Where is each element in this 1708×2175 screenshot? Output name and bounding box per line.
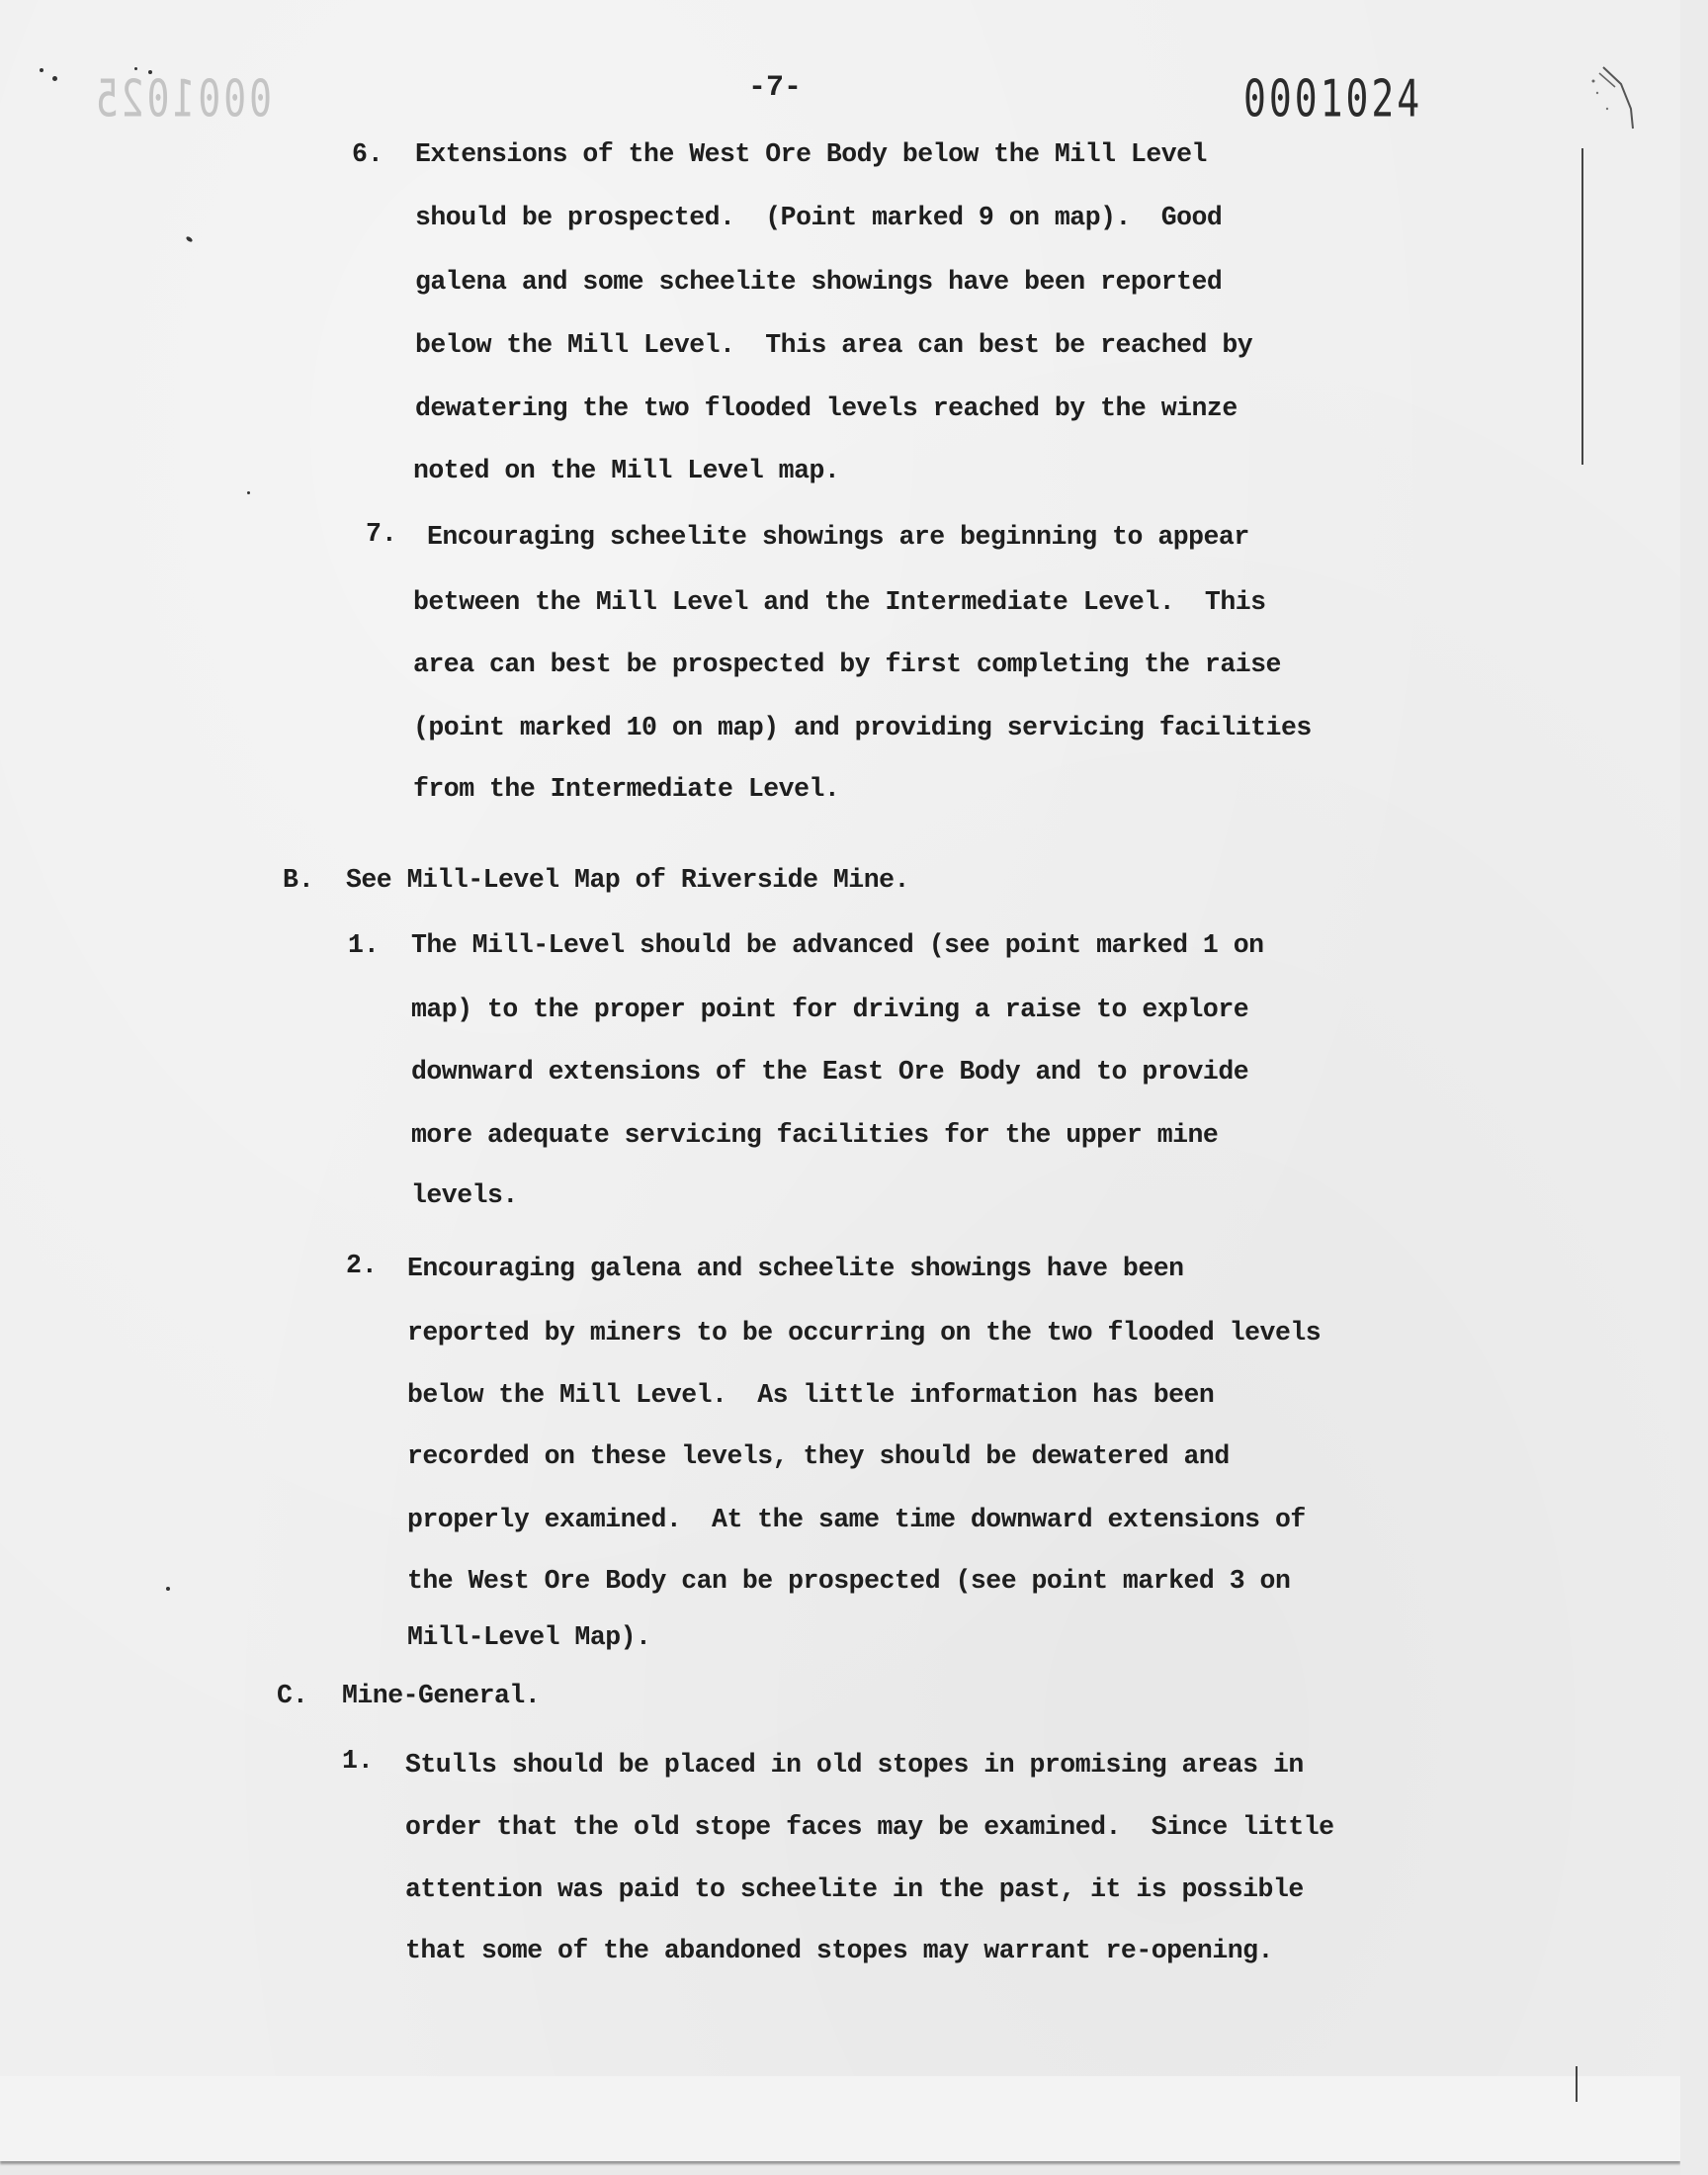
scan-background-edge xyxy=(1680,0,1708,2175)
item-number: 2. xyxy=(346,1253,378,1279)
text-line: reported by miners to be occurring on th… xyxy=(407,1320,1321,1347)
text-line: Encouraging scheelite showings are begin… xyxy=(427,524,1249,551)
text-line: should be prospected. (Point marked 9 on… xyxy=(415,205,1222,231)
text-line: dewatering the two flooded levels reache… xyxy=(415,395,1238,422)
section-heading: Mine-General. xyxy=(342,1683,540,1709)
text-line: map) to the proper point for driving a r… xyxy=(411,997,1248,1023)
text-line: galena and some scheelite showings have … xyxy=(415,269,1222,296)
scan-edge-line xyxy=(1576,2066,1578,2102)
item-number: 6. xyxy=(352,141,384,168)
text-line: area can best be prospected by first com… xyxy=(413,652,1281,678)
text-line: below the Mill Level. This area can best… xyxy=(415,332,1252,359)
text-line: order that the old stope faces may be ex… xyxy=(405,1814,1334,1841)
item-number: 7. xyxy=(366,521,397,548)
text-line: between the Mill Level and the Intermedi… xyxy=(413,589,1266,616)
text-line: that some of the abandoned stopes may wa… xyxy=(405,1938,1273,1964)
text-line: Mill-Level Map). xyxy=(407,1624,650,1651)
bleed-through-number: 0001025 xyxy=(64,69,272,128)
section-marker: B. xyxy=(283,867,314,894)
text-line: The Mill-Level should be advanced (see p… xyxy=(411,932,1264,959)
text-line: below the Mill Level. As little informat… xyxy=(407,1382,1214,1409)
text-line: recorded on these levels, they should be… xyxy=(407,1443,1230,1470)
page-number: -7- xyxy=(748,71,802,105)
text-line: attention was paid to scheelite in the p… xyxy=(405,1876,1304,1903)
page-header: 0001025 -7- 0001024 xyxy=(0,69,1680,129)
page-bottom-margin xyxy=(0,2076,1680,2161)
item-number: 1. xyxy=(342,1748,374,1775)
scan-speck xyxy=(185,235,193,242)
text-line: from the Intermediate Level. xyxy=(413,776,839,803)
text-line: properly examined. At the same time down… xyxy=(407,1507,1306,1533)
section-marker: C. xyxy=(277,1683,308,1709)
text-line: (point marked 10 on map) and providing s… xyxy=(413,715,1312,741)
text-line: noted on the Mill Level map. xyxy=(413,458,839,484)
text-line: more adequate servicing facilities for t… xyxy=(411,1122,1218,1149)
section-heading: See Mill-Level Map of Riverside Mine. xyxy=(346,867,909,894)
scan-speck xyxy=(247,491,250,494)
document-number: 0001024 xyxy=(1243,69,1422,128)
text-line: downward extensions of the East Ore Body… xyxy=(411,1059,1248,1086)
text-line: the West Ore Body can be prospected (see… xyxy=(407,1568,1290,1595)
scan-speck xyxy=(166,1587,170,1591)
text-line: levels. xyxy=(411,1182,518,1209)
text-line: Encouraging galena and scheelite showing… xyxy=(407,1256,1184,1282)
text-line: Stulls should be placed in old stopes in… xyxy=(405,1752,1304,1779)
text-line: Extensions of the West Ore Body below th… xyxy=(415,141,1207,168)
item-number: 1. xyxy=(348,932,380,959)
scanned-page: 0001025 -7- 0001024 6. Extensions of the… xyxy=(0,0,1680,2161)
scan-edge-line xyxy=(1581,148,1583,465)
